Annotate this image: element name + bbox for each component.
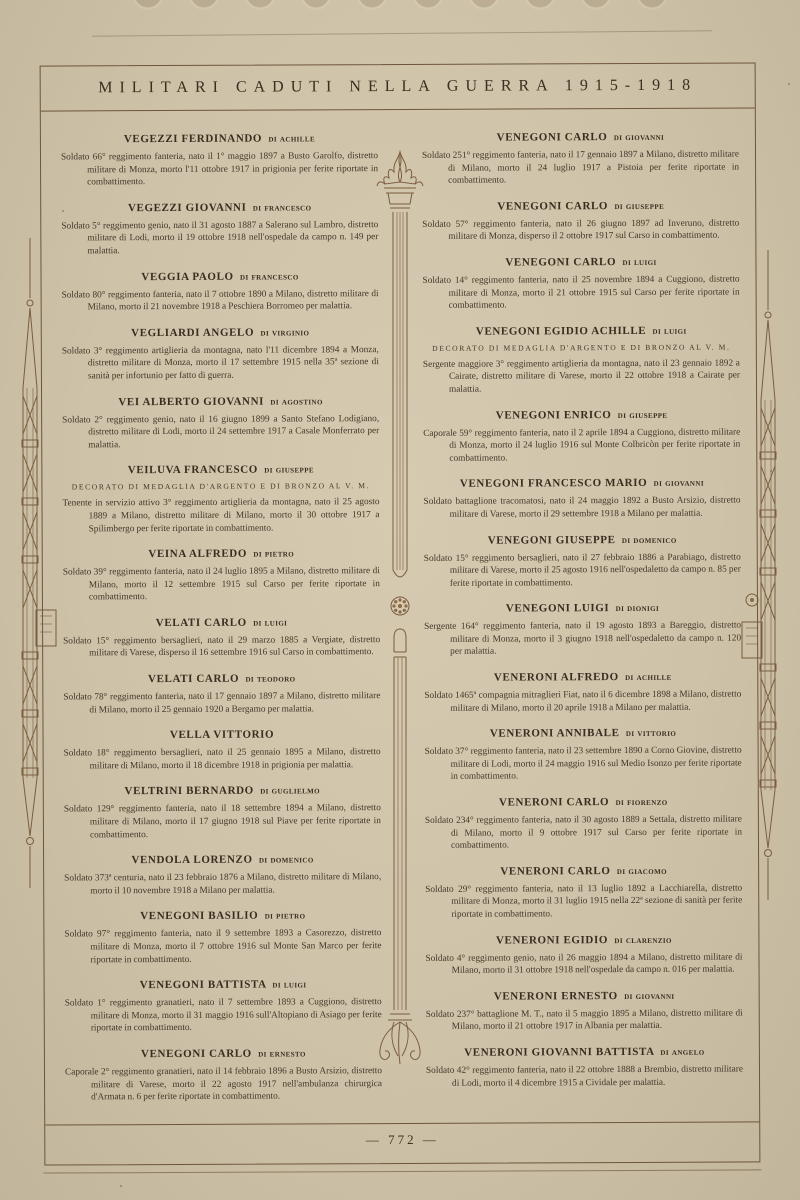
soldier-record: Soldato 4° reggimento genio, nato il 26 … [425,951,742,978]
soldier-record: Soldato 234° reggimento fanteria, nato i… [425,814,742,853]
soldier-patronymic: di Giacomo [617,866,667,877]
soldier-entry: VENEGONI BASILIO di Pietro Soldato 97° r… [64,909,381,966]
soldier-record: Soldato 29° reggimento fanteria, nato il… [425,882,742,921]
soldier-name-heading: VENEGONI CARLO di Luigi [422,255,739,269]
soldier-name: VEI ALBERTO GIOVANNI [118,395,264,408]
soldier-entry: VENEGONI CARLO di Luigi Soldato 14° regg… [422,255,739,312]
soldier-entry: VELLA VITTORIO Soldato 18° reggimento be… [64,728,381,773]
soldier-patronymic: di Giuseppe [618,409,668,420]
soldier-name: VEGEZZI FERDINANDO [124,133,262,146]
soldier-record: Soldato 237° battaglione M. T., nato il … [426,1007,743,1034]
soldier-record: Soldato 1465ª compagnia mitraglieri Fiat… [424,689,741,716]
soldier-record: Sergente 164° reggimento fanteria, nato … [424,620,741,659]
soldier-entry: VENERONI ERNESTO di Giovanni Soldato 237… [426,989,743,1034]
soldier-record: Soldato 42° reggimento fanteria, nato il… [426,1063,743,1090]
soldier-record: Soldato 129° reggimento fanteria, nato i… [64,803,381,842]
soldier-name: VENEGONI BASILIO [140,910,258,923]
soldier-patronymic: di Giovanni [654,478,704,489]
soldier-name: VEGLIARDI ANGELO [131,326,254,339]
page-edge-emboss [120,0,680,14]
soldier-patronymic: di Domenico [259,855,314,866]
soldier-patronymic: di Giovanni [614,132,664,143]
soldier-patronymic: di Pietro [265,911,306,922]
soldier-entry: VENERONI CARLO di Giacomo Soldato 29° re… [425,864,742,921]
soldier-patronymic: di Luigi [653,325,687,336]
soldier-patronymic: di Francesco [253,202,312,213]
soldier-record: Tenente in servizio attivo 3° reggimento… [62,496,379,535]
soldier-entry: VENEGONI EGIDIO ACHILLE di Luigi DECORAT… [423,324,740,396]
soldier-entry: VEGEZZI FERDINANDO di Achille Soldato 66… [61,132,378,189]
soldier-entry: VENERONI CARLO di Fiorenzo Soldato 234° … [425,796,742,853]
soldier-patronymic: di Luigi [622,257,656,268]
soldier-record: Caporale 2° reggimento granatieri, nato … [65,1065,382,1104]
soldier-record: Soldato 15° reggimento bersaglieri, nato… [63,634,380,661]
soldier-entry: VEGEZZI GIOVANNI di Francesco Soldato 5°… [61,201,378,258]
soldier-name: VEGGIA PAOLO [141,270,233,282]
soldier-name-heading: VENEGONI BASILIO di Pietro [64,909,381,923]
soldier-entry: VEILUVA FRANCESCO di Giuseppe DECORATO D… [62,463,379,535]
soldier-name: VENEGONI FRANCESCO MARIO [460,477,647,490]
footer-band: — 772 — [45,1121,759,1157]
soldier-patronymic: di Agostino [270,396,322,407]
soldier-record: Soldato battaglione tracomatosi, nato il… [423,495,740,522]
soldier-patronymic: di Guglielmo [260,786,320,797]
soldier-name-heading: VEGLIARDI ANGELO di Virginio [62,326,379,340]
soldier-name: VENDOLA LORENZO [131,854,252,867]
soldier-name-heading: VENEGONI CARLO di Ernesto [65,1047,382,1061]
soldier-name-heading: VELATI CARLO di Teodoro [63,672,380,686]
soldier-name-heading: VELATI CARLO di Luigi [63,616,380,630]
soldier-patronymic: di Ernesto [258,1048,306,1059]
soldier-record: Soldato 66° reggimento fanteria, nato il… [61,150,378,189]
soldier-name-heading: VENEGONI FRANCESCO MARIO di Giovanni [423,477,740,491]
soldier-name-heading: VELTRINI BERNARDO di Guglielmo [64,785,381,799]
soldier-name: VENEGONI CARLO [497,200,608,212]
soldier-name: VELATI CARLO [148,673,239,685]
soldier-entry: VENERONI ALFREDO di Achille Soldato 1465… [424,671,741,716]
soldier-entry: VELATI CARLO di Teodoro Soldato 78° regg… [63,672,380,717]
soldier-record: Soldato 251° reggimento fanteria, nato i… [422,149,739,188]
content-area: VEGEZZI FERDINANDO di Achille Soldato 66… [41,108,759,1124]
soldier-record: Soldato 1° reggimento granatieri, nato i… [65,996,382,1035]
paper-speck [120,1185,122,1187]
soldier-name-heading: VELLA VITTORIO [64,728,381,742]
soldier-name: VENERONI CARLO [500,865,610,877]
soldier-record: Soldato 57° reggimento fanteria, nato il… [422,217,739,244]
soldier-record: Soldato 2° reggimento genio, nato il 16 … [62,413,379,452]
soldier-name: VELATI CARLO [156,617,247,629]
soldier-name: VENERONI CARLO [499,796,609,808]
soldier-record: Soldato 37° reggimento fanteria, nato il… [425,745,742,784]
soldier-record: Soldato 3° reggimento artiglieria da mon… [62,344,379,383]
soldier-patronymic: di Luigi [253,617,287,628]
soldier-record: Soldato 97° reggimento fanteria, nato il… [64,927,381,966]
soldier-name-heading: VEINA ALFREDO di Pietro [63,547,380,561]
soldier-name: VENEGONI LUIGI [506,602,610,614]
soldier-record: Soldato 80° reggimento fanteria, nato il… [62,288,379,315]
soldier-name-heading: VENDOLA LORENZO di Domenico [64,853,381,867]
soldier-entry: VEINA ALFREDO di Pietro Soldato 39° regg… [63,547,380,604]
soldier-name: VENEGONI BATTISTA [140,979,266,992]
soldier-name-heading: VENEGONI CARLO di Giuseppe [422,199,739,213]
soldier-patronymic: di Vittorio [626,728,676,739]
soldier-entry: VENEGONI CARLO di Giovanni Soldato 251° … [422,131,739,188]
page-title: MILITARI CADUTI NELLA GUERRA 1915-1918 [98,77,697,98]
soldier-name: VENEGONI CARLO [141,1048,252,1060]
soldier-entry: VENDOLA LORENZO di Domenico Soldato 373ª… [64,853,381,898]
underlying-page-edge [92,30,712,36]
soldier-entry: VENEGONI FRANCESCO MARIO di Giovanni Sol… [423,477,740,522]
soldier-name: VENEGONI CARLO [505,256,616,268]
soldier-patronymic: di Luigi [272,980,306,991]
soldier-record: Soldato 18° reggimento bersaglieri, nato… [64,746,381,773]
soldier-name: VENEGONI ENRICO [496,409,612,422]
soldier-name-heading: VENEGONI BATTISTA di Luigi [65,978,382,992]
title-band: MILITARI CADUTI NELLA GUERRA 1915-1918 [41,63,755,111]
soldier-patronymic: di Giuseppe [614,201,664,212]
soldier-name-heading: VENEGONI EGIDIO ACHILLE di Luigi [423,324,740,338]
soldier-patronymic: di Fiorenzo [616,797,668,808]
soldier-name-heading: VENEGONI GIUSEPPE di Domenico [424,533,741,547]
soldier-name: VENERONI ERNESTO [494,990,618,1003]
soldier-entry: VELTRINI BERNARDO di Guglielmo Soldato 1… [64,785,381,842]
soldier-entry: VENEGONI GIUSEPPE di Domenico Soldato 15… [424,533,741,590]
soldier-name-heading: VENERONI CARLO di Fiorenzo [425,796,742,810]
soldier-patronymic: di Teodoro [245,674,295,685]
column-left: VEGEZZI FERDINANDO di Achille Soldato 66… [61,132,382,1117]
soldier-record: Soldato 39° reggimento fanteria, nato il… [63,565,380,604]
soldier-record: Soldato 5° reggimento genio, nato il 31 … [61,219,378,258]
soldier-name: VEINA ALFREDO [148,548,247,560]
soldier-name-heading: VENERONI CARLO di Giacomo [425,864,742,878]
soldier-name: VELLA VITTORIO [170,729,274,741]
soldier-entry: VENEGONI ENRICO di Giuseppe Caporale 59°… [423,408,740,465]
soldier-name: VEGEZZI GIOVANNI [128,201,247,214]
soldier-patronymic: di Achille [625,672,672,683]
soldier-name-heading: VENEGONI CARLO di Giovanni [422,131,739,145]
soldier-record: Caporale 59° reggimento fanteria, nato i… [423,426,740,465]
soldier-entry: VENEGONI LUIGI di Dionigi Sergente 164° … [424,602,741,659]
soldier-name: VENEGONI GIUSEPPE [488,534,616,547]
soldier-entry: VEGLIARDI ANGELO di Virginio Soldato 3° … [62,326,379,383]
soldier-entry: VEGGIA PAOLO di Francesco Soldato 80° re… [62,270,379,315]
soldier-name-heading: VENERONI ERNESTO di Giovanni [426,989,743,1003]
soldier-patronymic: di Giovanni [624,991,674,1002]
page-number: — 772 — [366,1132,439,1148]
soldier-name-heading: VENERONI ANNIBALE di Vittorio [424,727,741,741]
soldier-name-heading: VEGEZZI FERDINANDO di Achille [61,132,378,146]
honor-line: DECORATO DI MEDAGLIA D'ARGENTO E DI BRON… [423,342,740,353]
soldier-patronymic: di Clarenzio [614,934,672,945]
column-right: VENEGONI CARLO di Giovanni Soldato 251° … [422,131,743,1116]
soldier-name: VENERONI GIOVANNI BATTISTA [464,1046,654,1059]
soldier-record: Soldato 78° reggimento fanteria, nato il… [63,690,380,717]
soldier-name-heading: VENERONI GIOVANNI BATTISTA di Angelo [426,1045,743,1059]
paper-speck [788,83,790,85]
soldier-name-heading: VEGGIA PAOLO di Francesco [62,270,379,284]
soldier-name-heading: VEILUVA FRANCESCO di Giuseppe [62,463,379,477]
soldier-record: Sergente maggiore 3° reggimento artiglie… [423,357,740,396]
soldier-patronymic: di Angelo [660,1047,704,1058]
soldier-entry: VENERONI ANNIBALE di Vittorio Soldato 37… [424,727,741,784]
soldier-entry: VELATI CARLO di Luigi Soldato 15° reggim… [63,616,380,661]
soldier-name-heading: VEGEZZI GIOVANNI di Francesco [61,201,378,215]
soldier-entry: VENEGONI BATTISTA di Luigi Soldato 1° re… [65,978,382,1035]
soldier-name: VENERONI ALFREDO [494,671,619,684]
soldier-record: Soldato 14° reggimento fanteria, nato il… [423,273,740,312]
soldier-patronymic: di Achille [268,133,315,144]
soldier-entry: VENERONI EGIDIO di Clarenzio Soldato 4° … [425,933,742,978]
soldier-name: VENEGONI EGIDIO ACHILLE [476,325,646,338]
soldier-name-heading: VENEGONI ENRICO di Giuseppe [423,408,740,422]
soldier-entry: VENEGONI CARLO di Ernesto Caporale 2° re… [65,1047,382,1104]
soldier-patronymic: di Giuseppe [264,465,314,476]
soldier-patronymic: di Dionigi [616,603,660,614]
soldier-entry: VENEGONI CARLO di Giuseppe Soldato 57° r… [422,199,739,244]
soldier-record: Soldato 15° reggimento bersaglieri, nato… [424,551,741,590]
soldier-name-heading: VENEGONI LUIGI di Dionigi [424,602,741,616]
soldier-entry: VEI ALBERTO GIOVANNI di Agostino Soldato… [62,395,379,452]
soldier-name-heading: VENERONI EGIDIO di Clarenzio [425,933,742,947]
soldier-name: VELTRINI BERNARDO [125,785,254,798]
soldier-name: VENEGONI CARLO [497,131,608,143]
book-page-scan: MILITARI CADUTI NELLA GUERRA 1915-1918 V… [0,0,800,1200]
soldier-name: VEILUVA FRANCESCO [128,464,258,477]
soldier-name-heading: VENERONI ALFREDO di Achille [424,671,741,685]
soldier-entry: VENERONI GIOVANNI BATTISTA di Angelo Sol… [426,1045,743,1090]
soldier-record: Soldato 373ª centuria, nato il 23 febbra… [64,871,381,898]
soldier-name: VENERONI ANNIBALE [490,727,620,740]
soldier-patronymic: di Pietro [253,549,294,560]
printed-frame: MILITARI CADUTI NELLA GUERRA 1915-1918 V… [40,62,761,1165]
soldier-patronymic: di Francesco [240,271,299,282]
soldier-name-heading: VEI ALBERTO GIOVANNI di Agostino [62,395,379,409]
honor-line: DECORATO DI MEDAGLIA D'ARGENTO E DI BRON… [62,481,379,492]
soldier-name: VENERONI EGIDIO [496,934,608,946]
soldier-patronymic: di Virginio [260,327,309,338]
soldier-patronymic: di Domenico [622,534,677,545]
